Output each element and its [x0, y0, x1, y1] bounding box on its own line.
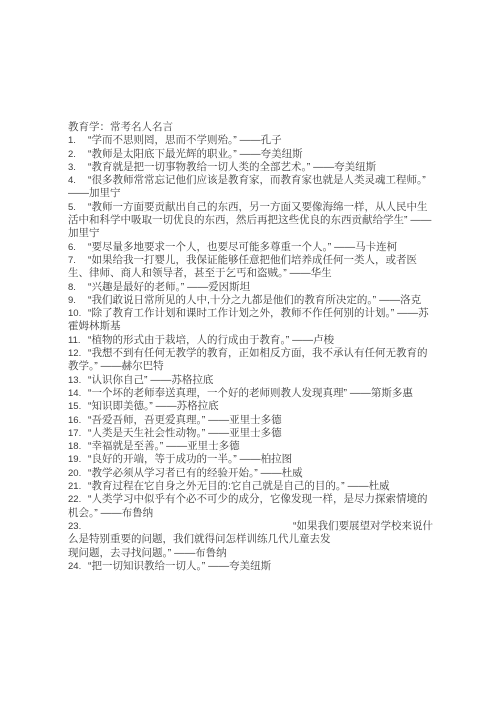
- quote-number: 24.: [68, 560, 88, 573]
- quote-item: 12.“我想不到有任何无教学的教育，正如相反方面，我不承认有任何无教育的教学。”…: [68, 347, 433, 374]
- quote-item: 16.“吾爱吾师，吾更爱真理。” ——亚里士多德: [68, 414, 433, 427]
- quote-number: 4.: [68, 174, 88, 187]
- quote-item: 9.“我们敢说日常所见的人中,十分之九都是他们的教育所决定的。” ——洛克: [68, 294, 433, 307]
- quote-number: 5.: [68, 201, 88, 214]
- quote-item: 11.“植物的形式由于栽培，人的行成由于教育。” ——卢梭: [68, 334, 433, 347]
- quote-text: “教师是太阳底下最光辉的职业。” ——夸美纽斯: [88, 148, 303, 160]
- quote-number: 10.: [68, 307, 88, 320]
- quote-number: 16.: [68, 414, 88, 427]
- quote-text: “兴趣是最好的老师。” ——爱因斯坦: [88, 281, 250, 293]
- quote-number: 2.: [68, 148, 88, 161]
- quote-number: 23.: [68, 520, 88, 533]
- quote-text: “良好的开端，等于成功的一半。” ——柏拉图: [88, 453, 292, 465]
- quote-item: 8.“兴趣是最好的老师。” ——爱因斯坦: [68, 281, 433, 294]
- quote-number: 18.: [68, 440, 88, 453]
- quote-text: “吾爱吾师，吾更爱真理。” ——亚里士多德: [88, 414, 282, 426]
- quote-number: 12.: [68, 347, 88, 360]
- quote-text: “我想不到有任何无教学的教育，正如相反方面，我不承认有任何无教育的教学。” ——…: [68, 347, 428, 372]
- quote-text: “我们敢说日常所见的人中,十分之九都是他们的教育所决定的。” ——洛克: [88, 294, 421, 306]
- quote-item: 5.“教师一方面要贡献出自己的东西，另一方面又要像海绵一样，从人民中生活中和科学…: [68, 201, 433, 241]
- quote-text: “人类是天生社会性动物。” ——亚里士多德: [88, 427, 282, 439]
- quote-number: 19.: [68, 453, 88, 466]
- quote-number: 7.: [68, 254, 88, 267]
- quote-number: 14.: [68, 387, 88, 400]
- quote-text: “如果给我一打婴儿，我保证能够任意把他们培养成任何一类人，或者医生、律师、商人和…: [68, 254, 417, 279]
- quote-item: 2.“教师是太阳底下最光辉的职业。” ——夸美纽斯: [68, 148, 433, 161]
- quote-item: 21.“教育过程在它自身之外无目的:它自己就是自己的目的。” ——杜威: [68, 480, 433, 493]
- quote-item: 24.“把一切知识教给一切人。” ——夸美纽斯: [68, 560, 433, 573]
- quote-number: 6.: [68, 241, 88, 254]
- quote-item: 15.“知识即美德。” ——苏格拉底: [68, 400, 433, 413]
- quote-number: 9.: [68, 294, 88, 307]
- quote-text: “学而不思则罔，思而不学则殆。” ——孔子: [88, 134, 282, 146]
- quote-item: 7.“如果给我一打婴儿，我保证能够任意把他们培养成任何一类人，或者医生、律师、商…: [68, 254, 433, 281]
- quote-item: 10.“除了教育工作计划和课时工作计划之外，教师不作任何别的计划。” ——苏霍姆…: [68, 307, 433, 334]
- quotes-list: 教育学：常考名人名言 1.“学而不思则罔，思而不学则殆。” ——孔子 2.“教师…: [68, 121, 433, 573]
- quote-text: “要尽量多地要求一个人，也要尽可能多尊重一个人。” ——马卡连柯: [88, 241, 397, 253]
- quote-number: 13.: [68, 374, 88, 387]
- quote-text: “教育过程在它自身之外无目的:它自己就是自己的目的。” ——杜威: [88, 480, 390, 492]
- quote-number: 21.: [68, 480, 88, 493]
- quote-item: 4.“很多教师常常忘记他们应该是教育家，而教育家也就是人类灵魂工程师。” ——加…: [68, 174, 433, 201]
- quote-number: 11.: [68, 334, 88, 347]
- quote-item: 14.“一个坏的老师奉送真理，一个好的老师则教人发现真理” ——第斯多惠: [68, 387, 433, 400]
- document-title: 教育学：常考名人名言: [68, 121, 433, 134]
- quote-text: “教学必须从学习者已有的经验开始。” ——杜威: [88, 467, 303, 479]
- quote-item: 17.“人类是天生社会性动物。” ——亚里士多德: [68, 427, 433, 440]
- quote-text: “教师一方面要贡献出自己的东西，另一方面又要像海绵一样，从人民中生活中和科学中吸…: [68, 201, 431, 240]
- quote-item: 1.“学而不思则罔，思而不学则殆。” ——孔子: [68, 134, 433, 147]
- quote-text-continuation: 现问题，去寻找问题。” ——布鲁纳: [68, 547, 433, 560]
- quote-item: 23.“如果我们要展望对学校来说什: [68, 520, 433, 533]
- quote-text-continuation: 么是特别重要的问题，我们就得问怎样训练几代儿童去发: [68, 533, 433, 546]
- quote-number: 3.: [68, 161, 88, 174]
- quote-text: “把一切知识教给一切人。” ——夸美纽斯: [88, 560, 271, 572]
- quote-item: 22.“人类学习中似乎有个必不可少的成分，它像发现一样，是尽力探索情境的机会。”…: [68, 493, 433, 520]
- quote-text: “如果我们要展望对学校来说什: [293, 520, 433, 533]
- quote-text: “幸福就是至善。” ——亚里士多德: [88, 440, 240, 452]
- quote-number: 1.: [68, 134, 88, 147]
- quote-text: “很多教师常常忘记他们应该是教育家，而教育家也就是人类灵魂工程师。” ——加里宁: [68, 174, 426, 199]
- quote-item: 13.“认识你自己” ——苏格拉底: [68, 374, 433, 387]
- quote-number: 17.: [68, 427, 88, 440]
- document-page: 教育学：常考名人名言 1.“学而不思则罔，思而不学则殆。” ——孔子 2.“教师…: [0, 0, 500, 708]
- quote-text: “一个坏的老师奉送真理，一个好的老师则教人发现真理” ——第斯多惠: [88, 387, 413, 399]
- quote-text: “人类学习中似乎有个必不可少的成分，它像发现一样，是尽力探索情境的机会。” ——…: [68, 493, 428, 518]
- quote-number: 22.: [68, 493, 88, 506]
- quote-text: “知识即美德。” ——苏格拉底: [88, 400, 219, 412]
- quote-item: 20.“教学必须从学习者已有的经验开始。” ——杜威: [68, 467, 433, 480]
- quote-item: 3.“教育就是把一切事物教给一切人类的全部艺术。” ——夸美纽斯: [68, 161, 433, 174]
- quote-text: “除了教育工作计划和课时工作计划之外，教师不作任何别的计划。” ——苏霍姆林斯基: [68, 307, 429, 332]
- quote-number: 8.: [68, 281, 88, 294]
- quote-text: “教育就是把一切事物教给一切人类的全部艺术。” ——夸美纽斯: [88, 161, 376, 173]
- quote-item: 6.“要尽量多地要求一个人，也要尽可能多尊重一个人。” ——马卡连柯: [68, 241, 433, 254]
- quote-number: 15.: [68, 400, 88, 413]
- quote-text: “认识你自己” ——苏格拉底: [88, 374, 213, 386]
- quote-item: 18.“幸福就是至善。” ——亚里士多德: [68, 440, 433, 453]
- quote-text: “植物的形式由于栽培，人的行成由于教育。” ——卢梭: [88, 334, 334, 346]
- quote-item: 19.“良好的开端，等于成功的一半。” ——柏拉图: [68, 453, 433, 466]
- quote-number: 20.: [68, 467, 88, 480]
